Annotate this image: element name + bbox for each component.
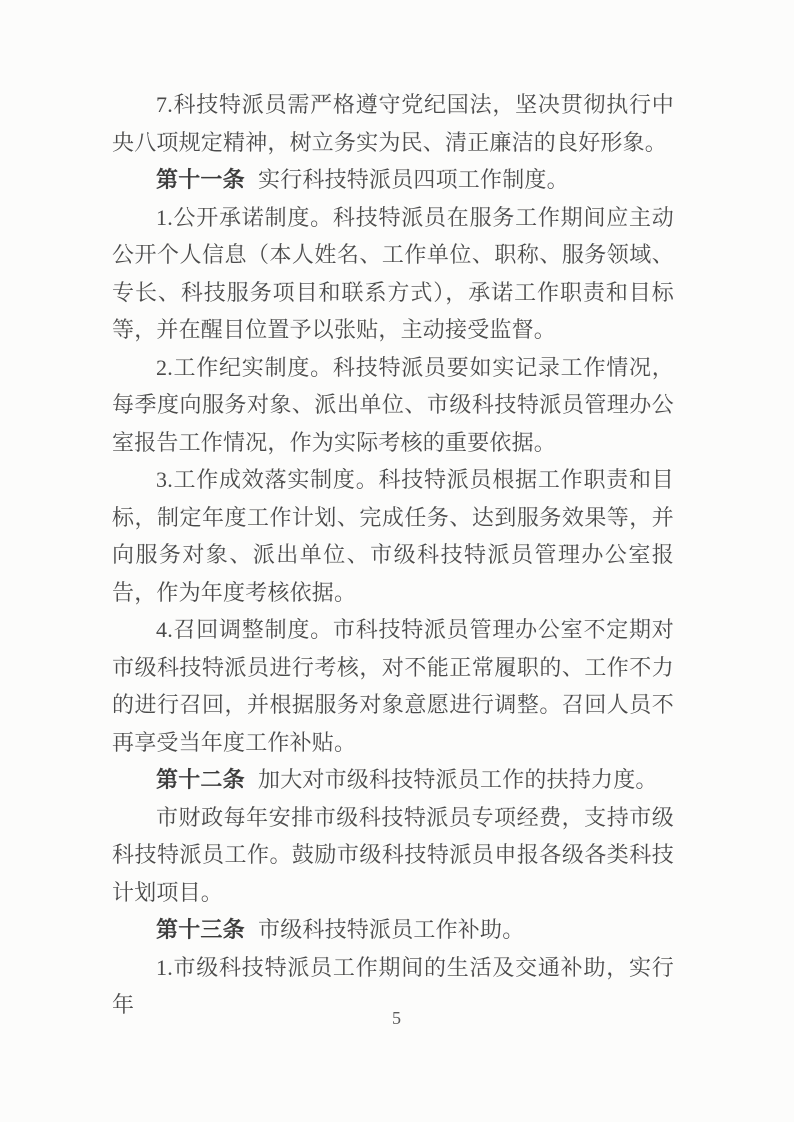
- paragraph-text: 3.工作成效落实制度。科技特派员根据工作职责和目标，制定年度工作计划、完成任务、…: [112, 467, 674, 605]
- paragraph-text: 加大对市级科技特派员工作的扶持力度。: [258, 767, 658, 792]
- page-number: 5: [0, 1006, 794, 1030]
- paragraph-text: 市级科技特派员工作补助。: [258, 917, 524, 942]
- paragraph: 1.公开承诺制度。科技特派员在服务工作期间应主动公开个人信息（本人姓名、工作单位…: [112, 199, 674, 349]
- paragraph-text: 2.工作纪实制度。科技特派员要如实记录工作情况，每季度向服务对象、派出单位、市级…: [112, 355, 674, 455]
- article-paragraph: 第十一条实行科技特派员四项工作制度。: [112, 161, 674, 199]
- paragraph-text: 市财政每年安排市级科技特派员专项经费，支持市级科技特派员工作。鼓励市级科技特派员…: [112, 805, 674, 905]
- document-page: 7.科技特派员需严格遵守党纪国法，坚决贯彻执行中央八项规定精神，树立务实为民、清…: [0, 0, 794, 1122]
- article-label: 第十二条: [156, 767, 245, 792]
- article-paragraph: 第十三条市级科技特派员工作补助。: [112, 911, 674, 949]
- paragraph: 4.召回调整制度。市科技特派员管理办公室不定期对市级科技特派员进行考核，对不能正…: [112, 611, 674, 761]
- paragraph: 7.科技特派员需严格遵守党纪国法，坚决贯彻执行中央八项规定精神，树立务实为民、清…: [112, 86, 674, 161]
- paragraph: 3.工作成效落实制度。科技特派员根据工作职责和目标，制定年度工作计划、完成任务、…: [112, 461, 674, 611]
- article-paragraph: 第十二条加大对市级科技特派员工作的扶持力度。: [112, 761, 674, 799]
- article-label: 第十一条: [156, 167, 245, 192]
- article-label: 第十三条: [156, 917, 245, 942]
- paragraph-text: 4.召回调整制度。市科技特派员管理办公室不定期对市级科技特派员进行考核，对不能正…: [112, 617, 674, 755]
- paragraph-text: 实行科技特派员四项工作制度。: [258, 167, 569, 192]
- paragraph: 2.工作纪实制度。科技特派员要如实记录工作情况，每季度向服务对象、派出单位、市级…: [112, 349, 674, 462]
- paragraph-text: 7.科技特派员需严格遵守党纪国法，坚决贯彻执行中央八项规定精神，树立务实为民、清…: [112, 92, 674, 155]
- document-body: 7.科技特派员需严格遵守党纪国法，坚决贯彻执行中央八项规定精神，树立务实为民、清…: [112, 86, 674, 1024]
- paragraph: 市财政每年安排市级科技特派员专项经费，支持市级科技特派员工作。鼓励市级科技特派员…: [112, 799, 674, 912]
- paragraph-text: 1.公开承诺制度。科技特派员在服务工作期间应主动公开个人信息（本人姓名、工作单位…: [112, 205, 674, 343]
